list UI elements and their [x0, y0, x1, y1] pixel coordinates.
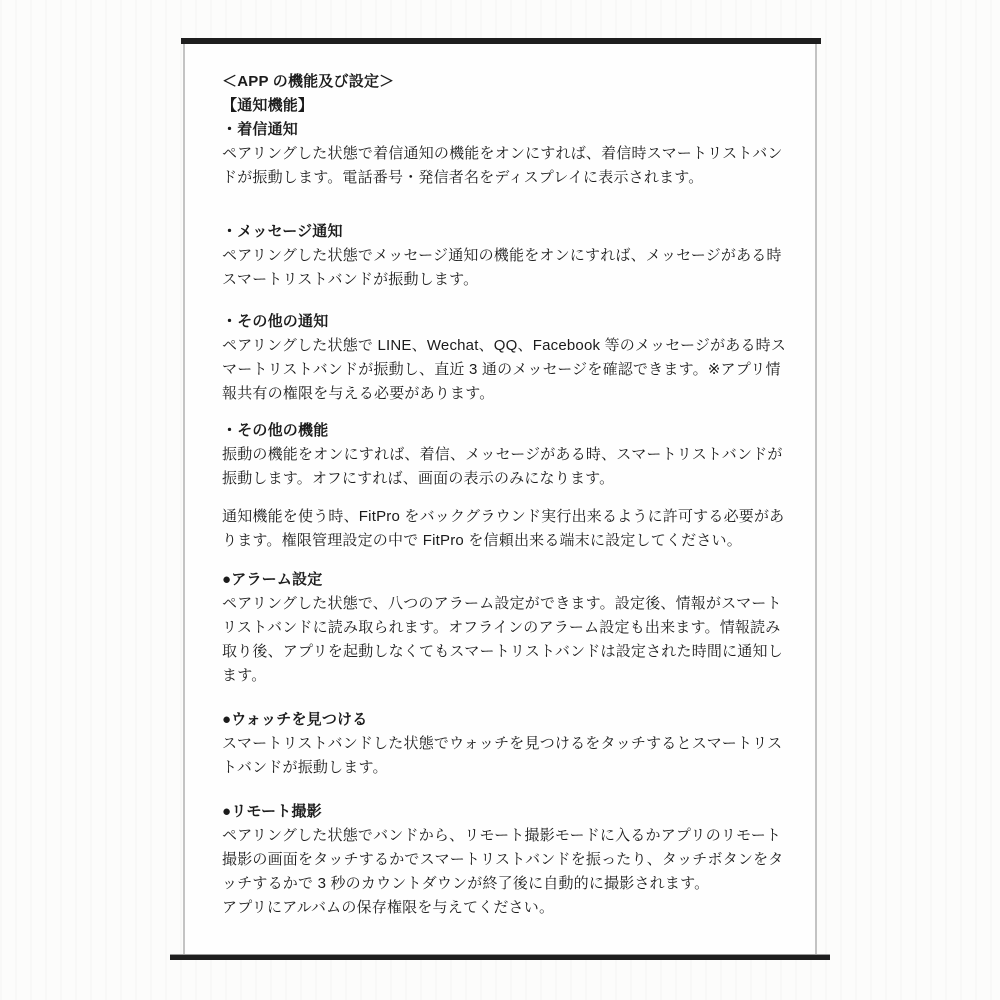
- section-body: ペアリングした状態で着信通知の機能をオンにすれば、着信時スマートリストバンドが振…: [222, 142, 795, 190]
- page-bottom-edge-bar: [170, 955, 830, 960]
- section-heading: ・その他の機能: [222, 419, 795, 443]
- section-heading: ●リモート撮影: [222, 800, 795, 824]
- section-other-functions: ・その他の機能 振動の機能をオンにすれば、着信、メッセージがある時、スマートリス…: [222, 419, 795, 491]
- document-content: ＜APP の機能及び設定＞ 【通知機能】 ・着信通知 ペアリングした状態で着信通…: [222, 70, 795, 920]
- section-body: ペアリングした状態でメッセージ通知の機能をオンにすれば、メッセージがある時スマー…: [222, 244, 795, 292]
- section-body: ペアリングした状態でバンドから、リモート撮影モードに入るかアプリのリモート撮影の…: [222, 824, 795, 896]
- section-heading: ●アラーム設定: [222, 568, 795, 592]
- doc-title: ＜APP の機能及び設定＞: [222, 70, 795, 94]
- section-find-watch: ●ウォッチを見つける スマートリストバンドした状態でウォッチを見つけるをタッチす…: [222, 708, 795, 780]
- section-body: ペアリングした状態で、八つのアラーム設定ができます。設定後、情報がスマートリスト…: [222, 592, 795, 688]
- group-header-notification-functions: 【通知機能】: [222, 94, 795, 118]
- section-alarm-settings: ●アラーム設定 ペアリングした状態で、八つのアラーム設定ができます。設定後、情報…: [222, 568, 795, 688]
- section-body: スマートリストバンドした状態でウォッチを見つけるをタッチするとスマートリストバン…: [222, 732, 795, 780]
- album-permission-note: アプリにアルバムの保存権限を与えてください。: [222, 896, 795, 920]
- scan-background: ＜APP の機能及び設定＞ 【通知機能】 ・着信通知 ペアリングした状態で着信通…: [0, 0, 1000, 1000]
- document-page: ＜APP の機能及び設定＞ 【通知機能】 ・着信通知 ペアリングした状態で着信通…: [183, 44, 817, 955]
- section-other-notifications: ・その他の通知 ペアリングした状態で LINE、Wechat、QQ、Facebo…: [222, 310, 795, 406]
- section-heading: ・着信通知: [222, 118, 795, 142]
- background-permission-note: 通知機能を使う時、FitPro をバックグラウンド実行出来るように許可する必要が…: [222, 505, 795, 553]
- section-body: ペアリングした状態で LINE、Wechat、QQ、Facebook 等のメッセ…: [222, 334, 795, 406]
- section-incoming-call-notification: ・着信通知 ペアリングした状態で着信通知の機能をオンにすれば、着信時スマートリス…: [222, 118, 795, 190]
- section-heading: ●ウォッチを見つける: [222, 708, 795, 732]
- section-remote-shooting: ●リモート撮影 ペアリングした状態でバンドから、リモート撮影モードに入るかアプリ…: [222, 800, 795, 920]
- section-body: 振動の機能をオンにすれば、着信、メッセージがある時、スマートリストバンドが振動し…: [222, 443, 795, 491]
- section-heading: ・その他の通知: [222, 310, 795, 334]
- section-heading: ・メッセージ通知: [222, 220, 795, 244]
- section-message-notification: ・メッセージ通知 ペアリングした状態でメッセージ通知の機能をオンにすれば、メッセ…: [222, 220, 795, 292]
